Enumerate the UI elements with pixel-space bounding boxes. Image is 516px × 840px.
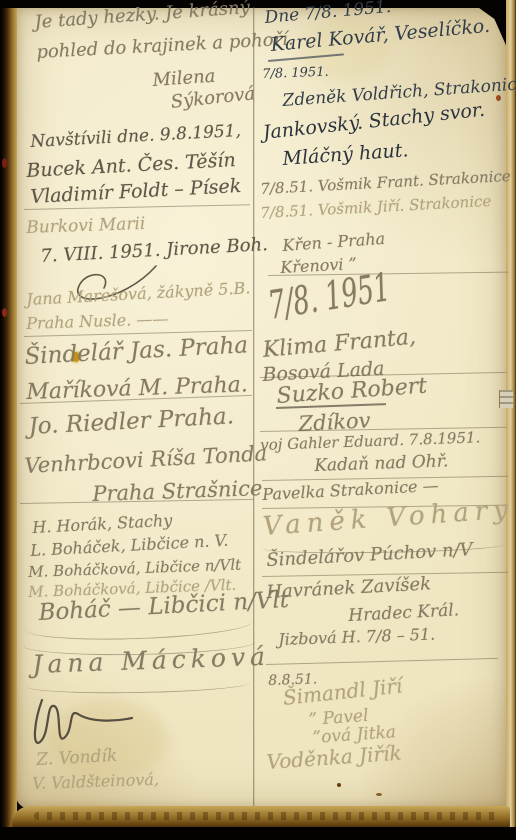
book-spine-gutter xyxy=(0,0,17,840)
spine-mark xyxy=(2,158,7,168)
signature: Z. Vondík xyxy=(36,748,118,769)
signature: V. Valdšteinová, xyxy=(32,772,159,792)
ink-speck xyxy=(337,783,341,787)
column-divider-line xyxy=(253,7,254,810)
page-block-texture xyxy=(34,812,500,820)
book-fore-edge xyxy=(506,0,516,840)
entry-date-line: 7/8. 1951. xyxy=(262,66,329,81)
handwriting-line: Burkovi Marii xyxy=(26,216,146,237)
scanned-book-photo: Je tady hezky. Je krásný pohled do kraji… xyxy=(0,0,516,840)
handwriting-line: Kadaň nad Ohř. xyxy=(314,453,449,475)
spine-mark xyxy=(2,308,7,317)
page-edge-notch xyxy=(499,390,513,408)
ink-speck xyxy=(376,793,382,796)
book-top-edge xyxy=(0,0,516,8)
handwriting-line: Milena xyxy=(152,68,216,90)
handwriting-line: Zdíkov xyxy=(298,410,371,435)
book-bottom-edge xyxy=(0,827,516,840)
